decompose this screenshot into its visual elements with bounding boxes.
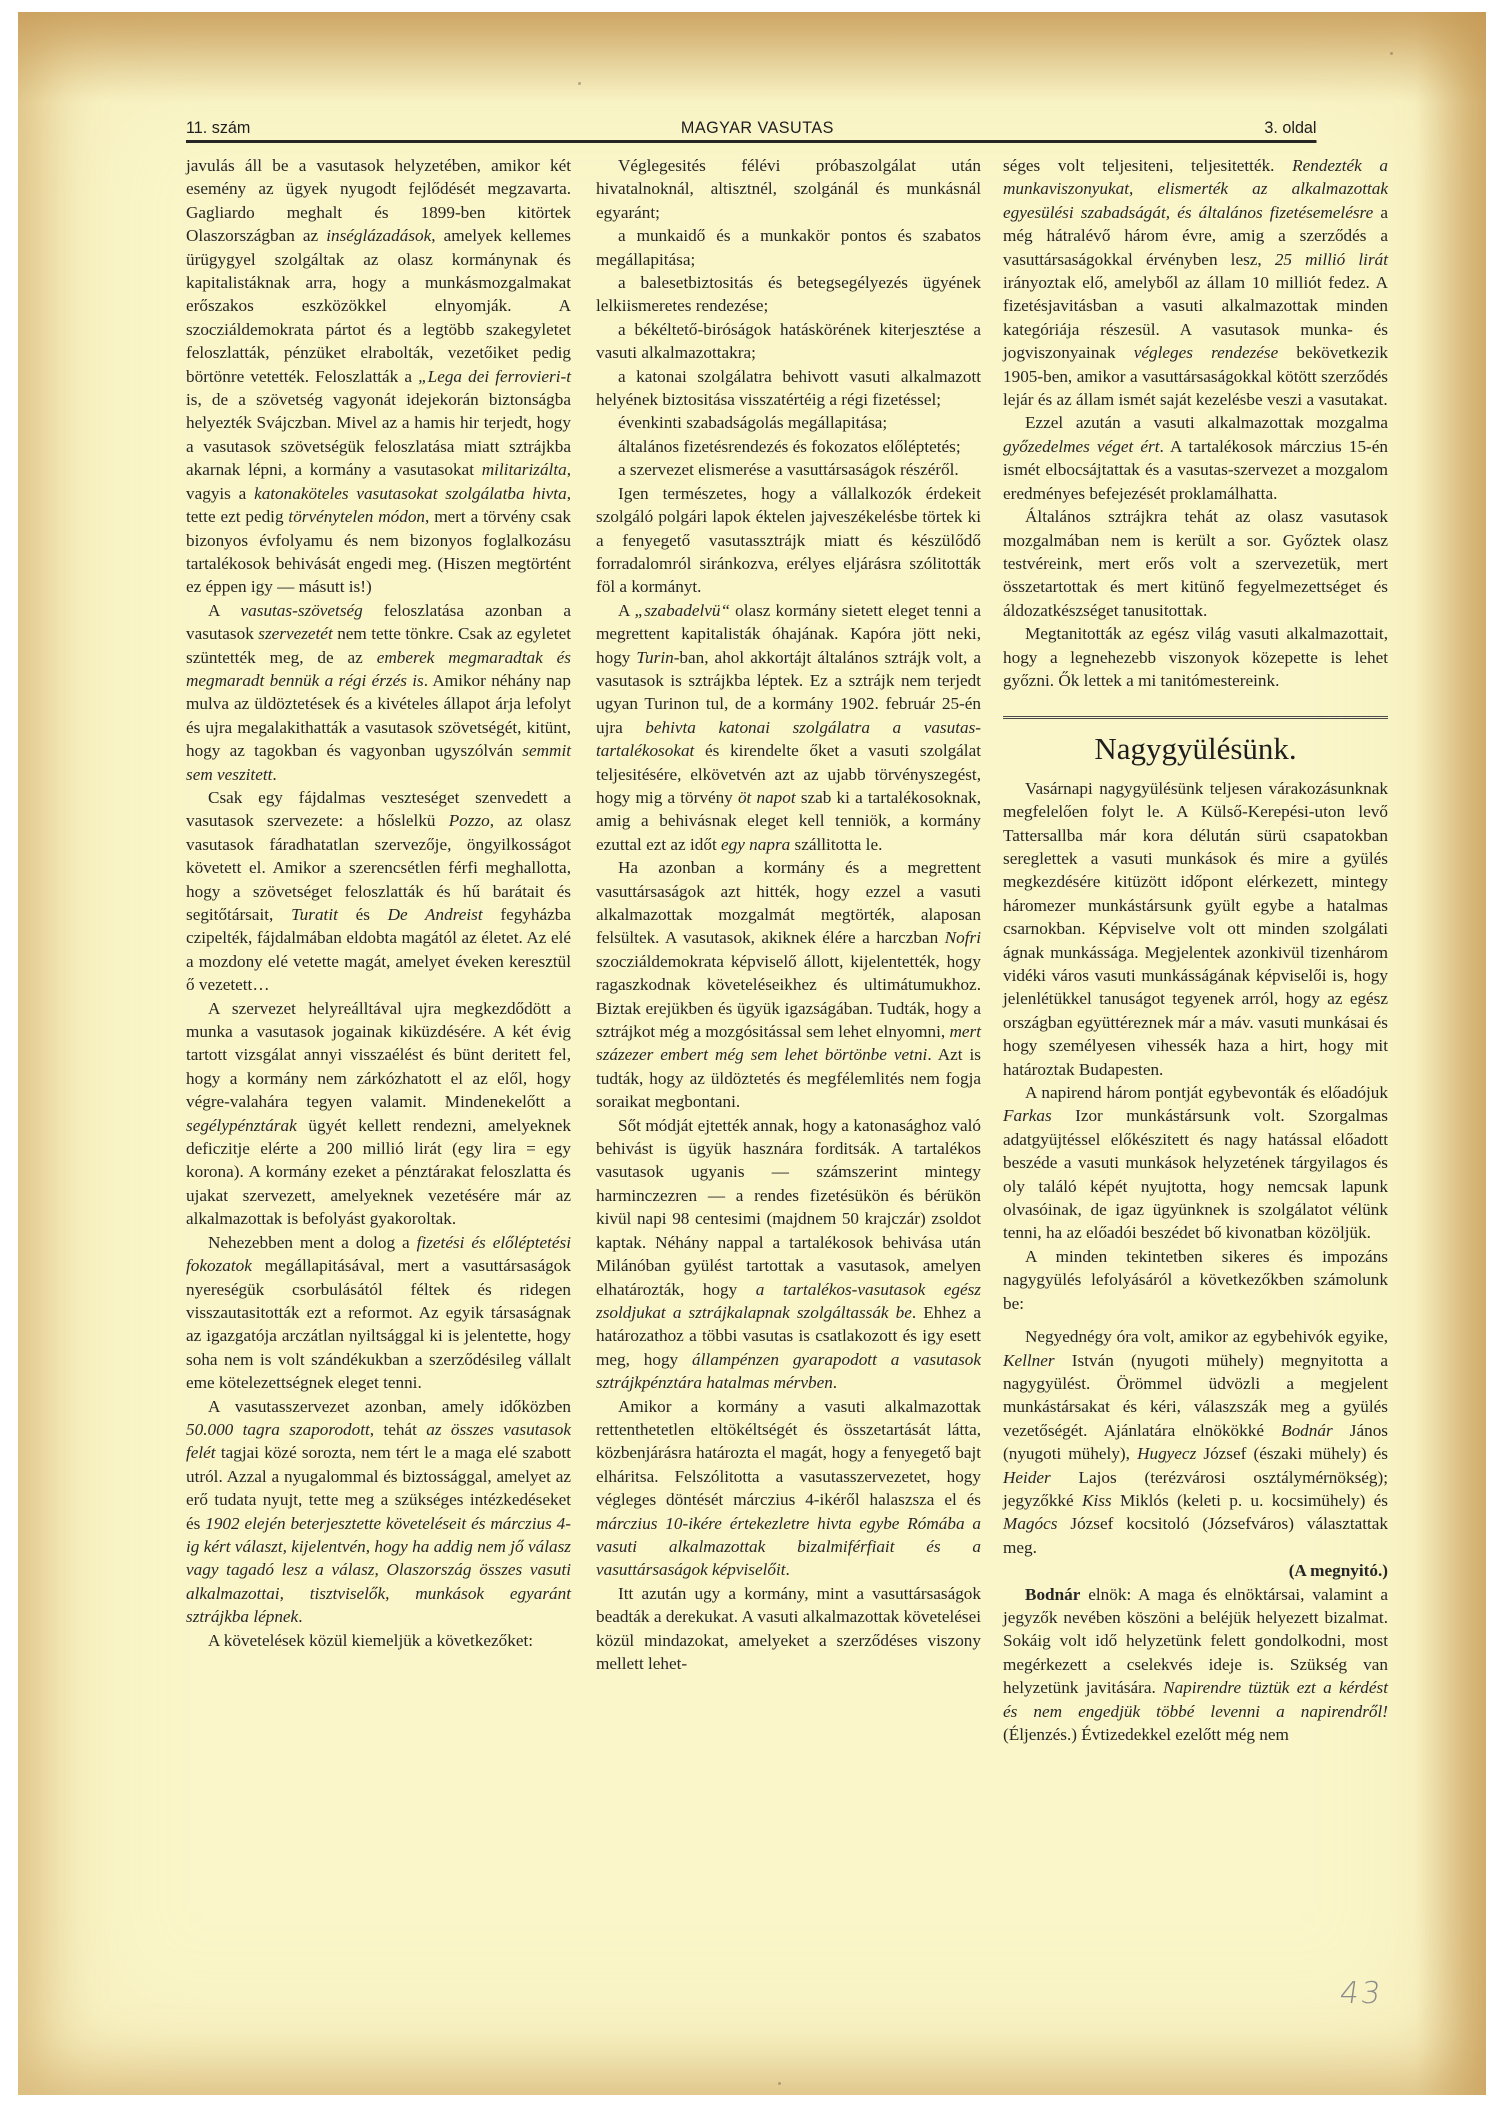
demand-item: a szervezet elismerése a vasuttársaságok… <box>596 458 981 481</box>
paragraph: Csak egy fájdalmas veszteséget szenvedet… <box>186 786 571 997</box>
paragraph: A szervezet helyreálltával ujra megkezdő… <box>186 997 571 1231</box>
page-number: 3. oldal <box>1264 118 1316 138</box>
paper-speck <box>778 2082 781 2085</box>
newspaper-page: 11. szám MAGYAR VASUTAS 3. oldal javulás… <box>18 12 1486 2095</box>
demand-item: a balesetbiztositás és betegsegélyezés ü… <box>596 271 981 318</box>
paragraph: Általános sztrájkra tehát az olasz vasut… <box>1003 505 1388 622</box>
issue-number: 11. szám <box>186 118 250 138</box>
paragraph: Sőt módját ejtették annak, hogy a katona… <box>596 1114 981 1395</box>
handwritten-page-number: 43 <box>1338 1976 1385 2011</box>
paragraph: Igen természetes, hogy a vállalkozók érd… <box>596 482 981 599</box>
paragraph: Negyednégy óra volt, amikor az egybehivó… <box>1003 1325 1388 1559</box>
paragraph: séges volt teljesiteni, teljesitették. R… <box>1003 154 1388 411</box>
paragraph: Amikor a kormány a vasuti alkalmazottak … <box>596 1395 981 1582</box>
section-title: Nagygyülésünk. <box>1003 737 1388 760</box>
demand-item: a békéltető-biróságok hatáskörének kiter… <box>596 318 981 365</box>
paragraph: Nehezebben ment a dolog a fizetési és el… <box>186 1231 571 1395</box>
demand-item: évenkinti szabadságolás megállapitása; <box>596 411 981 434</box>
paragraph: A követelések közül kiemeljük a következ… <box>186 1629 571 1652</box>
paragraph: Bodnár elnök: A maga és elnöktársai, val… <box>1003 1583 1388 1747</box>
demand-item: Véglegesités félévi próbaszolgálat után … <box>596 154 981 224</box>
paragraph: A vasutasszervezet azonban, amely időköz… <box>186 1395 571 1629</box>
column-3: séges volt teljesiteni, teljesitették. R… <box>1003 154 1388 1746</box>
column-1: javulás áll be a vasutasok helyzetében, … <box>186 154 571 1652</box>
paragraph: Megtanitották az egész világ vasuti alka… <box>1003 622 1388 692</box>
paragraph: Ezzel azután a vasuti alkalmazottak mozg… <box>1003 411 1388 505</box>
demand-item: általános fizetésrendezés és fokozatos e… <box>596 435 981 458</box>
column-2: Véglegesités félévi próbaszolgálat után … <box>596 154 981 1675</box>
demand-item: a katonai szolgálatra behivott vasuti al… <box>596 365 981 412</box>
newspaper-title: MAGYAR VASUTAS <box>681 118 834 138</box>
paragraph: javulás áll be a vasutasok helyzetében, … <box>186 154 571 599</box>
running-header: 11. szám MAGYAR VASUTAS 3. oldal <box>186 112 1317 143</box>
paragraph: A „szabadelvü“ olasz kormány sietett ele… <box>596 599 981 856</box>
paper-speck <box>578 82 581 85</box>
paragraph: Itt azután ugy a kormány, mint a vasuttá… <box>596 1582 981 1676</box>
subheading: (A megnyitó.) <box>1003 1559 1388 1582</box>
demand-item: a munkaidő és a munkakör pontos és szaba… <box>596 224 981 271</box>
paragraph: A napirend három pontját egybevonták és … <box>1003 1081 1388 1245</box>
paragraph: Ha azonban a kormány és a megrettent vas… <box>596 856 981 1113</box>
paper-speck <box>1390 52 1393 55</box>
paragraph: Vasárnapi nagygyülésünk teljesen várakoz… <box>1003 777 1388 1081</box>
section-divider <box>1003 716 1388 719</box>
paragraph: A minden tekintetben sikeres és impozáns… <box>1003 1245 1388 1315</box>
paragraph: A vasutas-szövetség feloszlatása azonban… <box>186 599 571 786</box>
